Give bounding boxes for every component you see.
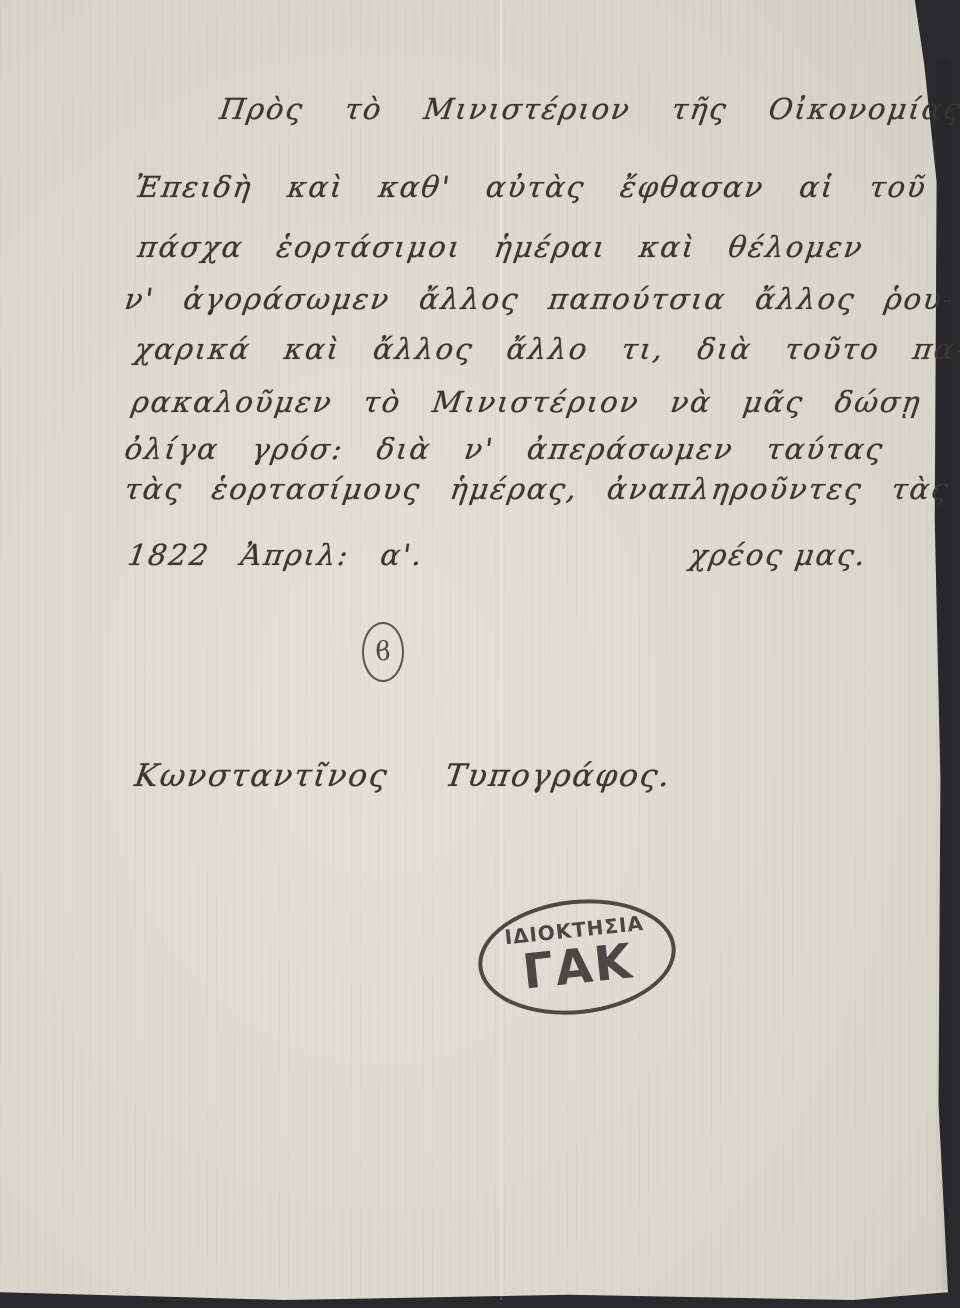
folio-number-circled: ϐ: [362, 622, 404, 682]
body-line: ν' ἀγοράσωμεν ἄλλος παπούτσια ἄλλος ῥου-: [123, 282, 958, 316]
body-line: ρακαλοῦμεν τὸ Μινιστέριον νὰ μᾶς δώσῃ: [130, 385, 924, 419]
letter-closing: χρέος μας.: [688, 538, 870, 572]
paper-edge: [934, 60, 948, 1290]
signature: Κωνσταντῖνος Τυπογράφος.: [132, 758, 673, 794]
body-line: χαρικά καὶ ἄλλος ἄλλο τι, διὰ τοῦτο πα-: [133, 332, 960, 366]
body-line: ὀλίγα γρόσ: διὰ ν' ἀπεράσωμεν ταύτας: [123, 432, 887, 466]
body-line: Ἐπειδὴ καὶ καθ' αὐτὰς ἔφθασαν αἱ τοῦ: [133, 170, 930, 204]
letter-date: 1822 Ἀπριλ: α'.: [126, 538, 426, 572]
body-line: πάσχα ἑορτάσιμοι ἡμέραι καὶ θέλομεν: [136, 230, 866, 264]
body-line: τὰς ἑορτασίμους ἡμέρας, ἀναπληροῦντες τὰ…: [123, 472, 953, 506]
faint-bleed-through-mark: [920, 805, 946, 835]
address-line: Πρὸς τὸ Μινιστέριον τῆς Οἰκονομίας: [218, 92, 960, 126]
